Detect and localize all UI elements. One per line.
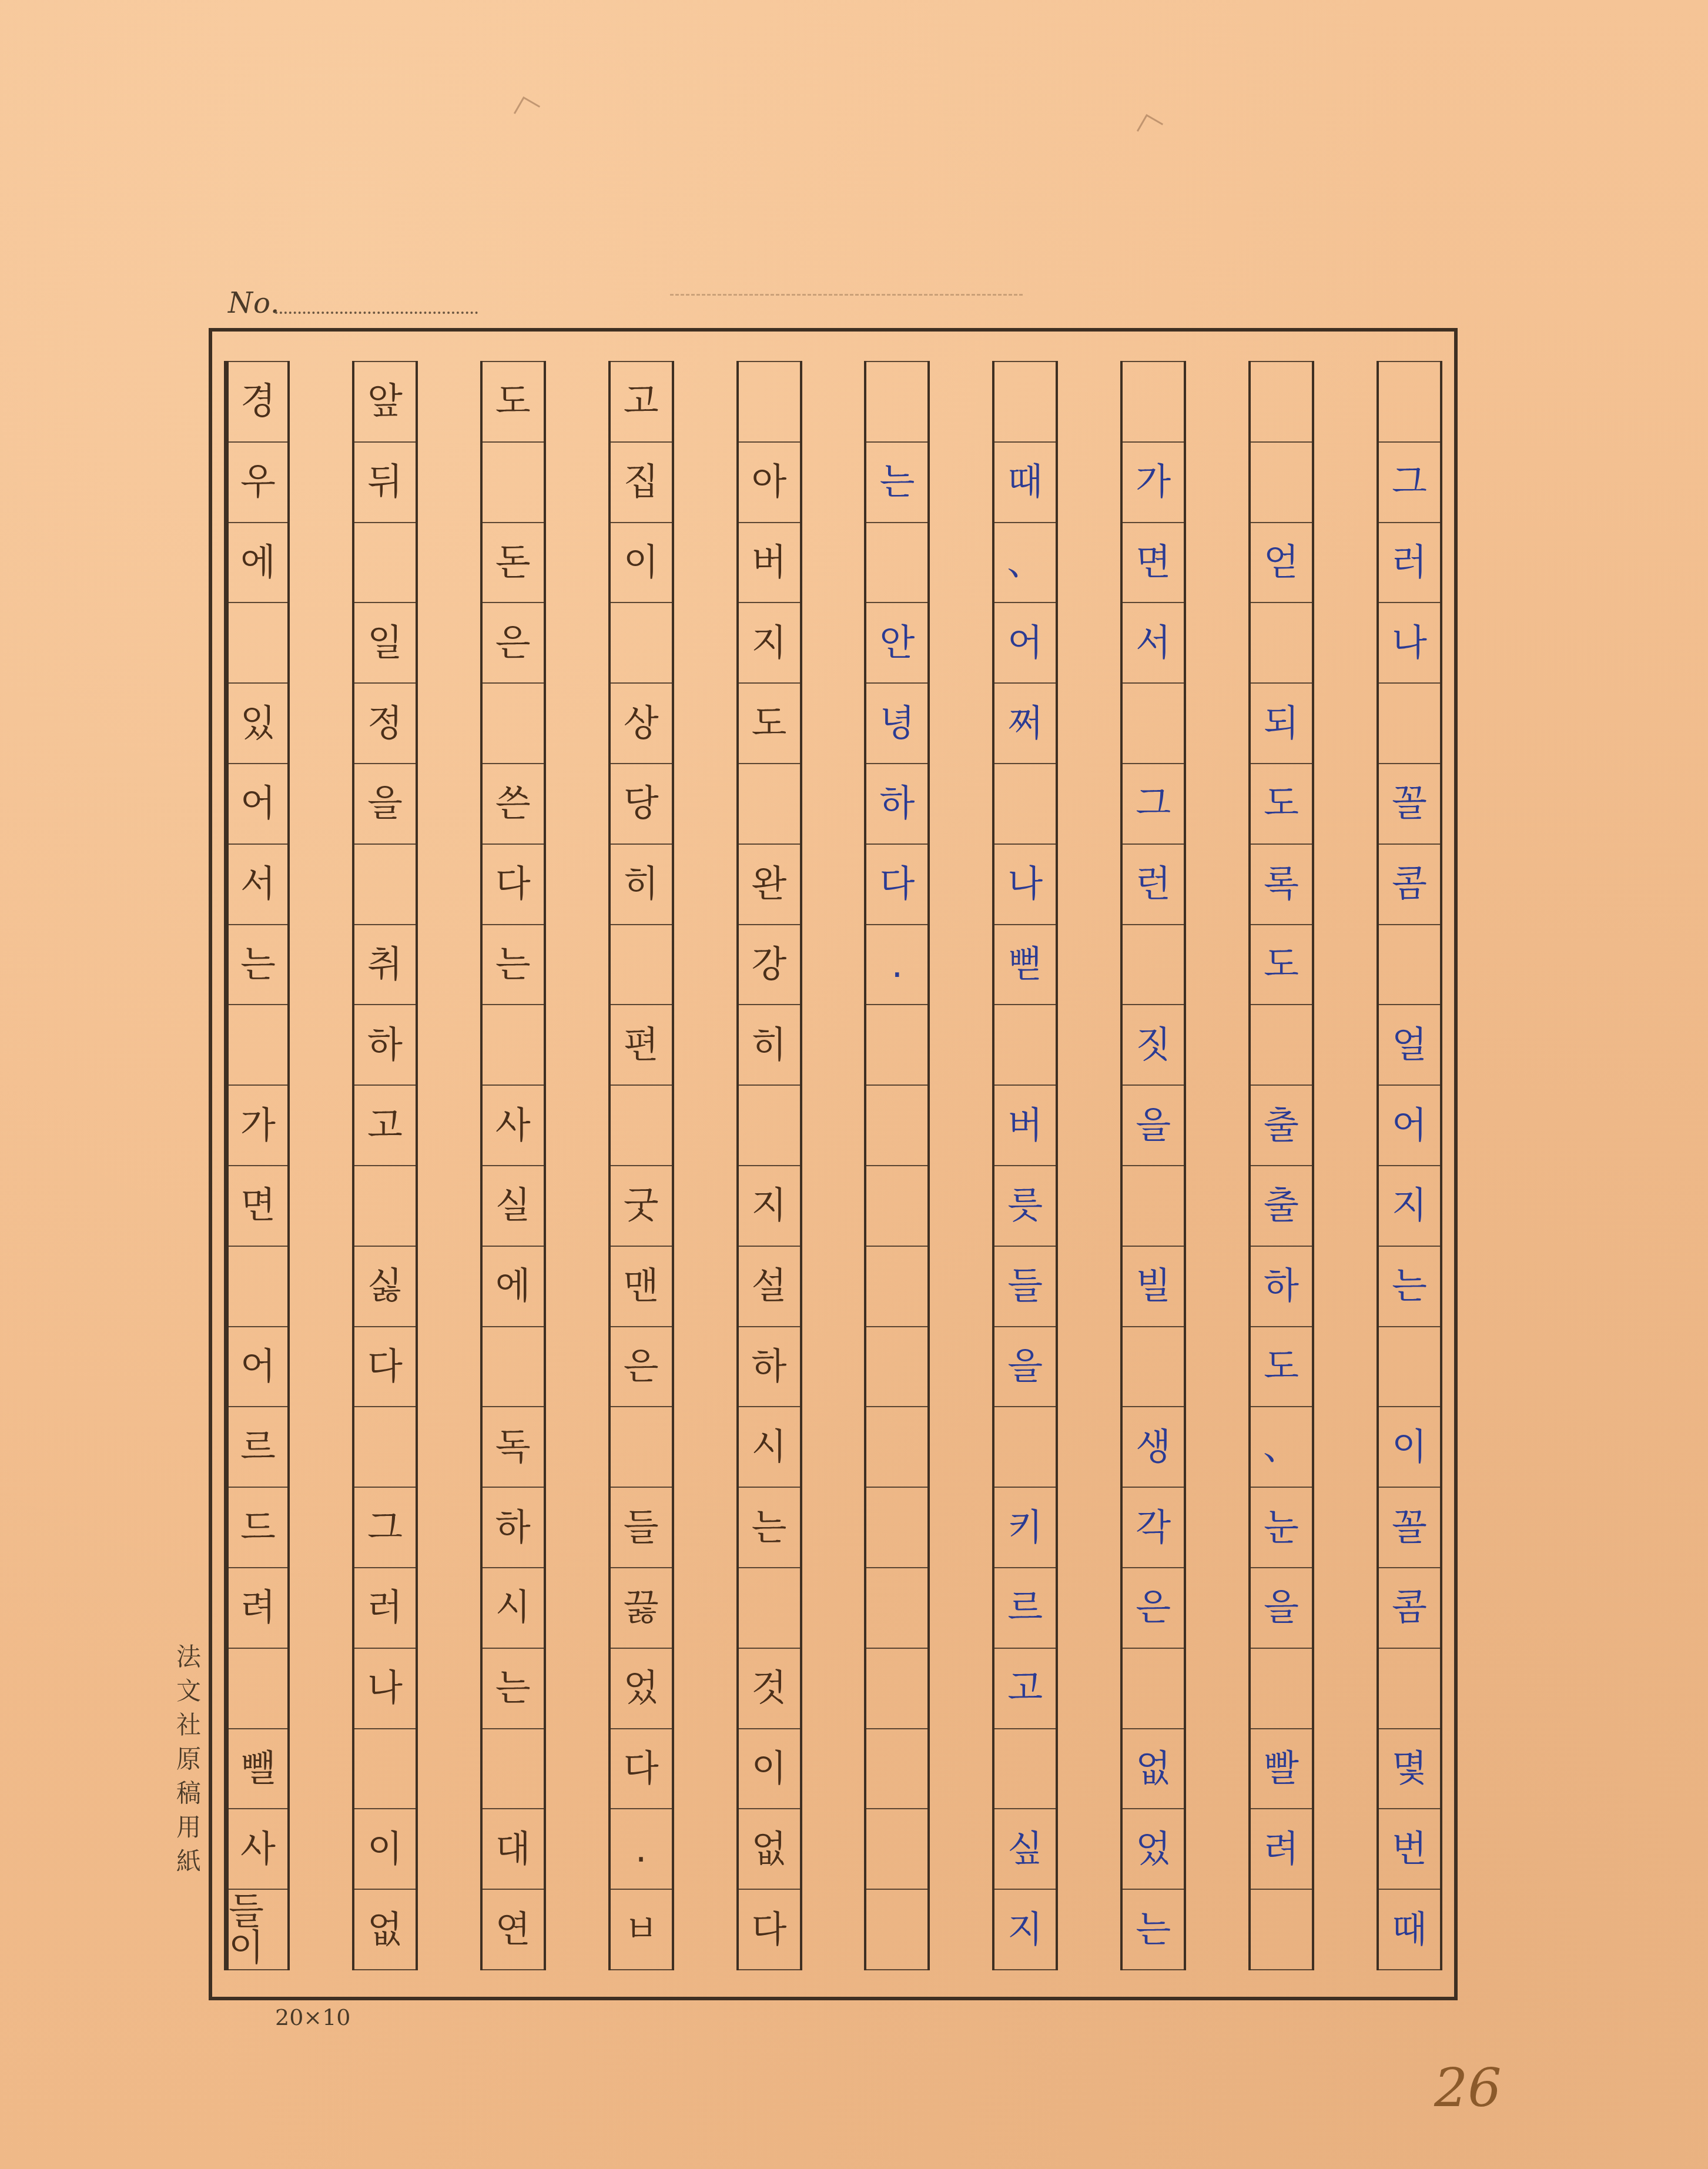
manuscript-cell: 없 [354,1890,416,1970]
manuscript-cell: 을 [1251,1568,1312,1649]
manuscript-cell: 콤 [1379,1568,1440,1649]
manuscript-cell: 도 [739,684,800,764]
manuscript-cell: 빨 [1251,1729,1312,1810]
manuscript-cell-empty [1123,684,1184,764]
manuscript-cell: 는 [866,443,927,523]
manuscript-cell: 강 [739,925,800,1006]
manuscript-cell-empty [1251,603,1312,684]
manuscript-cell-empty [354,845,416,925]
manuscript-cell: 앞 [354,361,416,443]
manuscript-cell: 은 [611,1327,672,1408]
manuscript-cell-empty [866,1247,927,1327]
manuscript-cell: 러 [354,1568,416,1649]
manuscript-cell: 런 [1123,845,1184,925]
manuscript-cell: 드 [229,1488,287,1568]
manuscript-cell: 도 [1251,925,1312,1006]
manuscript-cell: 도 [483,361,544,443]
manuscript-cell: 가 [1123,443,1184,523]
manuscript-cell: 르 [994,1568,1056,1649]
manuscript-cell: 은 [1123,1568,1184,1649]
manuscript-cell: 는 [483,1649,544,1729]
manuscript-cell: 뺄 [229,1729,287,1810]
manuscript-cell: 히 [611,845,672,925]
manuscript-cell: 면 [1123,523,1184,604]
manuscript-cell: 뒤 [354,443,416,523]
manuscript-cell-empty [1251,1649,1312,1729]
manuscript-cell: 록 [1251,845,1312,925]
manuscript-cell-empty [229,603,287,684]
manuscript-column: 때、어쩌나뻗버릇들을키르고싶지 [992,361,1058,1970]
manuscript-cell: 짓 [1123,1005,1184,1086]
manuscript-cell: 、 [994,523,1056,604]
manuscript-cell: 각 [1123,1488,1184,1568]
manuscript-cell: 집 [611,443,672,523]
manuscript-cell: 들 [611,1488,672,1568]
manuscript-cell: 서 [1123,603,1184,684]
manuscript-cell: 시 [483,1568,544,1649]
manuscript-cell-empty [866,1890,927,1970]
manuscript-cell: 이 [739,1729,800,1810]
manuscript-cell: 지 [739,1166,800,1247]
manuscript-cell: 그 [354,1488,416,1568]
manuscript-cell: 빌 [1123,1247,1184,1327]
manuscript-cell: 쩌 [994,684,1056,764]
publisher-char: 紙 [176,1845,201,1879]
manuscript-cell: 는 [739,1488,800,1568]
manuscript-cell-empty [739,361,800,443]
manuscript-cell-empty [994,1729,1056,1810]
manuscript-cell-empty [1379,1327,1440,1408]
manuscript-cell: 서 [229,845,287,925]
manuscript-cell-empty [354,1407,416,1488]
manuscript-cell: 버 [994,1086,1056,1166]
manuscript-cell: 일 [354,603,416,684]
manuscript-cell-empty [866,1327,927,1408]
publisher-char: 用 [176,1810,201,1845]
manuscript-cell: 번 [1379,1809,1440,1890]
manuscript-cell: 이 [354,1809,416,1890]
manuscript-cell: 꼴 [1379,764,1440,845]
manuscript-cell: 어 [229,1327,287,1408]
paper-crease-mark [1137,114,1163,140]
manuscript-cell-empty [611,925,672,1006]
manuscript-cell: 경 [229,361,287,443]
manuscript-cell: 려 [1251,1809,1312,1890]
manuscript-cell: 돈 [483,523,544,604]
manuscript-cell: 가 [229,1086,287,1166]
manuscript-cell-empty [354,1729,416,1810]
manuscript-cell-empty [229,1649,287,1729]
manuscript-cell-empty [229,1005,287,1086]
manuscript-cell: 지 [739,603,800,684]
manuscript-cell: 하 [739,1327,800,1408]
manuscript-frame: 그러나꼴콤얼어지는이꼴콤몇번때얻되도록도출출하도、눈을빨려가면서그런짓을빌생각은… [209,328,1458,2000]
manuscript-cell-empty [739,1568,800,1649]
manuscript-cell: 키 [994,1488,1056,1568]
manuscript-grid: 그러나꼴콤얼어지는이꼴콤몇번때얻되도록도출출하도、눈을빨려가면서그런짓을빌생각은… [224,361,1442,1970]
manuscript-cell: 것 [739,1649,800,1729]
manuscript-cell: 완 [739,845,800,925]
publisher-char: 稿 [176,1776,201,1810]
manuscript-cell-empty [994,764,1056,845]
manuscript-cell: 버 [739,523,800,604]
manuscript-cell-empty [739,764,800,845]
manuscript-cell: 다 [739,1890,800,1970]
manuscript-cell-empty [866,1407,927,1488]
manuscript-cell: 굿 [611,1166,672,1247]
manuscript-cell: 사 [229,1809,287,1890]
manuscript-cell: 면 [229,1166,287,1247]
manuscript-cell-empty [1379,925,1440,1006]
manuscript-cell-empty [1123,361,1184,443]
manuscript-cell: 는 [1379,1247,1440,1327]
manuscript-cell-empty [229,1247,287,1327]
manuscript-cell: 쓴 [483,764,544,845]
manuscript-cell: 고 [354,1086,416,1166]
manuscript-cell: 없 [739,1809,800,1890]
manuscript-cell-empty [1251,361,1312,443]
manuscript-cell: 안 [866,603,927,684]
manuscript-cell: 나 [1379,603,1440,684]
manuscript-cell: 독 [483,1407,544,1488]
manuscript-cell: 들이 [229,1890,287,1970]
manuscript-cell: 우 [229,443,287,523]
manuscript-cell: 이 [1379,1407,1440,1488]
manuscript-cell-empty [866,1649,927,1729]
manuscript-cell-empty [1123,1166,1184,1247]
publisher-char: 文 [176,1674,201,1708]
manuscript-cell: 지 [1379,1166,1440,1247]
manuscript-cell-empty [1123,1327,1184,1408]
manuscript-cell-empty [994,1407,1056,1488]
manuscript-column: 고집이상당히편굿맨은들끓었다.ㅂ [608,361,674,1970]
number-field-dotted-line [275,312,478,314]
manuscript-cell: 고 [994,1649,1056,1729]
manuscript-cell: 편 [611,1005,672,1086]
manuscript-cell-empty [1379,684,1440,764]
manuscript-cell: 생 [1123,1407,1184,1488]
manuscript-cell-empty [1251,1005,1312,1086]
manuscript-column: 도돈은쓴다는사실에독하시는대연 [480,361,546,1970]
manuscript-cell: 끓 [611,1568,672,1649]
manuscript-cell-empty [483,443,544,523]
manuscript-cell-empty [611,1086,672,1166]
manuscript-cell-empty [483,1327,544,1408]
manuscript-cell: 맨 [611,1247,672,1327]
manuscript-cell-empty [611,1407,672,1488]
manuscript-cell: 러 [1379,523,1440,604]
manuscript-column: 앞뒤일정을취하고싫다그러나이없 [352,361,418,1970]
manuscript-cell-empty [354,1166,416,1247]
manuscript-cell: 는 [229,925,287,1006]
publisher-char: 法 [176,1640,201,1674]
manuscript-cell: 도 [1251,1327,1312,1408]
manuscript-cell: 어 [229,764,287,845]
manuscript-cell-empty [1123,925,1184,1006]
manuscript-cell: 어 [994,603,1056,684]
manuscript-cell: 르 [229,1407,287,1488]
manuscript-cell: 하 [1251,1247,1312,1327]
manuscript-cell: 었 [611,1649,672,1729]
manuscript-cell: 하 [483,1488,544,1568]
manuscript-cell: 없 [1123,1729,1184,1810]
manuscript-cell: 나 [994,845,1056,925]
paper-crease-mark [514,96,540,123]
manuscript-cell: 는 [483,925,544,1006]
manuscript-cell-empty [483,1729,544,1810]
manuscript-cell: 설 [739,1247,800,1327]
manuscript-cell: 에 [229,523,287,604]
manuscript-cell: 있 [229,684,287,764]
manuscript-cell-empty [866,361,927,443]
publisher-char: 原 [176,1742,201,1776]
manuscript-cell: 나 [354,1649,416,1729]
manuscript-cell-empty [1123,1649,1184,1729]
manuscript-cell-empty [994,1005,1056,1086]
manuscript-cell-empty [866,1729,927,1810]
manuscript-cell-empty [611,603,672,684]
manuscript-cell: 그 [1379,443,1440,523]
manuscript-cell: 은 [483,603,544,684]
manuscript-cell: 정 [354,684,416,764]
manuscript-cell: 고 [611,361,672,443]
manuscript-cell: 출 [1251,1166,1312,1247]
manuscript-cell: 얻 [1251,523,1312,604]
manuscript-column: 얻되도록도출출하도、눈을빨려 [1248,361,1314,1970]
manuscript-cell: 사 [483,1086,544,1166]
manuscript-cell: 지 [994,1890,1056,1970]
manuscript-cell-empty [1251,1890,1312,1970]
manuscript-cell: 었 [1123,1809,1184,1890]
manuscript-cell: 려 [229,1568,287,1649]
number-label: No. [228,287,280,320]
manuscript-cell-empty [866,1488,927,1568]
manuscript-cell-empty [866,523,927,604]
manuscript-column: 가면서그런짓을빌생각은없었는 [1120,361,1186,1970]
manuscript-cell: 되 [1251,684,1312,764]
manuscript-cell-empty [866,1568,927,1649]
publisher-imprint: 法文社原稿用紙 [174,1640,203,1879]
manuscript-cell: 출 [1251,1086,1312,1166]
manuscript-cell: 릇 [994,1166,1056,1247]
manuscript-cell: 을 [354,764,416,845]
page-number: 26 [1434,2057,1502,2119]
manuscript-cell-empty [994,361,1056,443]
manuscript-cell: 는 [1123,1890,1184,1970]
manuscript-cell: 몇 [1379,1729,1440,1810]
manuscript-cell-empty [1379,1649,1440,1729]
grid-size-label: 20×10 [275,2004,351,2030]
manuscript-cell-empty [866,1086,927,1166]
manuscript-column: 그러나꼴콤얼어지는이꼴콤몇번때 [1377,361,1442,1970]
manuscript-cell: 을 [994,1327,1056,1408]
manuscript-cell-empty [1251,443,1312,523]
manuscript-cell: 다 [354,1327,416,1408]
manuscript-cell: 때 [994,443,1056,523]
manuscript-cell: 하 [354,1005,416,1086]
manuscript-cell: 싶 [994,1809,1056,1890]
manuscript-column: 는안녕하다. [864,361,930,1970]
manuscript-cell: 도 [1251,764,1312,845]
manuscript-cell: 콤 [1379,845,1440,925]
manuscript-column: 아버지도완강히지설하시는것이없다 [736,361,802,1970]
manuscript-cell: ㅂ [611,1890,672,1970]
manuscript-cell: 당 [611,764,672,845]
manuscript-cell: 들 [994,1247,1056,1327]
publisher-char: 社 [176,1708,201,1742]
manuscript-cell: 연 [483,1890,544,1970]
manuscript-cell: 시 [739,1407,800,1488]
manuscript-cell-empty [483,1005,544,1086]
manuscript-cell: 싫 [354,1247,416,1327]
manuscript-cell: . [611,1809,672,1890]
manuscript-cell: 어 [1379,1086,1440,1166]
manuscript-cell: 상 [611,684,672,764]
manuscript-cell: 때 [1379,1890,1440,1970]
manuscript-cell: 그 [1123,764,1184,845]
manuscript-cell: 얼 [1379,1005,1440,1086]
manuscript-cell: 꼴 [1379,1488,1440,1568]
manuscript-cell: 하 [866,764,927,845]
manuscript-cell: 대 [483,1809,544,1890]
manuscript-cell: 다 [611,1729,672,1810]
manuscript-cell-empty [1379,361,1440,443]
manuscript-cell: . [866,925,927,1006]
manuscript-cell: 취 [354,925,416,1006]
faint-header-line [670,294,1023,296]
manuscript-cell-empty [866,1809,927,1890]
manuscript-cell: 실 [483,1166,544,1247]
manuscript-cell: 뻗 [994,925,1056,1006]
manuscript-cell: 다 [866,845,927,925]
manuscript-cell: 다 [483,845,544,925]
manuscript-column: 경우에있어서는가면어르드려뺄사들이 [224,361,290,1970]
manuscript-cell: 을 [1123,1086,1184,1166]
manuscript-cell-empty [483,684,544,764]
manuscript-cell: 눈 [1251,1488,1312,1568]
manuscript-cell: 、 [1251,1407,1312,1488]
manuscript-cell: 에 [483,1247,544,1327]
manuscript-cell: 아 [739,443,800,523]
manuscript-cell-empty [354,523,416,604]
manuscript-cell-empty [739,1086,800,1166]
manuscript-cell: 히 [739,1005,800,1086]
manuscript-cell-empty [866,1005,927,1086]
manuscript-cell-empty [866,1166,927,1247]
manuscript-cell: 녕 [866,684,927,764]
manuscript-cell: 이 [611,523,672,604]
